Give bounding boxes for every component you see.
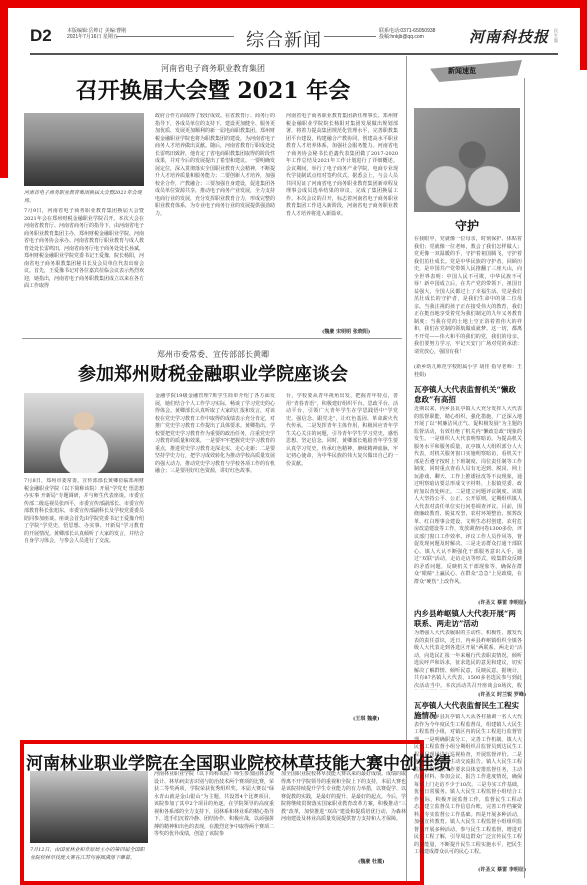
logo-subtitle: 民生版 (554, 28, 560, 43)
article1-photo (24, 113, 144, 186)
story4-body: 近日，内乡县瓦亭镇人大从各村抽调一名人大代表作为今年度民生工程监督员，组建镇人大… (414, 714, 522, 864)
red-frame-left (0, 0, 8, 178)
article2-col1: 7月8日，郑州市委常委、宣传部部长黄卿莅临郑州财税金融职业学院（以下简称该院）开… (24, 478, 144, 733)
article2-col3: 台，学校要从青年视角出发，把握青年特点，善用“青春青语”，积极建好组织平台、思政… (286, 393, 398, 713)
article1-kicker: 河南省电子商务职业教育集团 (88, 63, 338, 74)
sidebar-cartoon (414, 108, 520, 212)
date-line: 2021年7月16日 星期五 (67, 34, 126, 40)
story3-title: 内乡县岞岖镇人大代表开展“两联系、两走访”活动 (414, 609, 522, 629)
article1-divider (22, 338, 402, 339)
red-frame-right (579, 0, 587, 70)
contact-email: 投稿:hnkjb@qq.com (379, 34, 435, 40)
article1-byline: (魏豪 宋明明 张晓阳) (322, 328, 370, 335)
article3-col1: 河南林业职业学院（以下简称该院）师生参加园林景观设计、林草病虫害识别与防治技术两… (154, 771, 274, 871)
article1-col3: 河南省电子商务职业教育集团新任理事长、郑州财税金融职业学院院长杨阳对集团发展做出… (286, 113, 398, 313)
newspaper-page: D2 本版编辑:岳帅订 美编:曹刚 2021年7月16日 星期五 综合新闻 联系… (8, 8, 580, 885)
masthead-rule-left (116, 36, 234, 37)
news-brief-banner (430, 60, 522, 82)
article1-caption: 河南省电子商务职业教育集团换届大会暨2021年会现场。 (24, 189, 144, 205)
article2-headline: 参加郑州财税金融职业学院座谈会 (38, 360, 388, 386)
story1-title: 守护 (414, 221, 520, 231)
article3-photo (30, 771, 148, 843)
story3-body: 为增强人大代表履职的主动性、积极性，激发代表的责任意识，近日，内乡县岞岖镇组织全… (414, 630, 522, 690)
masthead-divider (30, 53, 558, 55)
newspaper-logo: 河南科技报 (469, 26, 549, 47)
story2-body: 近期以来，内乡县瓦亭镇人大充分发挥人大代表的监督职能，精心组织，强化措施，广泛深… (414, 406, 522, 598)
story1-byline: (新乡幼儿师范学校附属小学 胡佳 指导老师：王桂娟) (414, 364, 522, 378)
article2-kicker: 郑州市委常委、宣传部部长黄卿 (88, 349, 338, 360)
article3-byline: (魏豪 牡霞) (358, 858, 384, 865)
story4-byline: (许圣义 蔡雷 李明征) (478, 866, 526, 873)
article2-photo (24, 393, 144, 473)
story2-byline: (许圣义 蔡雷 李明征) (478, 599, 526, 606)
story1-body: 在我眼中，党就像一位母亲，时刻保护、体贴着我们；党就像一位老师，教会了我们怎样做… (414, 236, 522, 364)
masthead-rule-right (324, 36, 376, 37)
article1-col1: 7月9日，河南省电子商务职业教育集团换届大会暨2021年会在郑州财税金融职业学院… (24, 208, 144, 326)
red-frame-top (0, 0, 587, 8)
story3-byline: (许圣义 时兰锐 罗峰) (478, 691, 526, 698)
contact-info: 联系电话:0371-65050938 投稿:hnkjb@qq.com (379, 28, 435, 40)
section-title: 综合新闻 (246, 26, 322, 52)
article1-headline: 召开换届大会暨 2021 年会 (38, 74, 388, 105)
article3-col2: 加全国职业院校林草技能大赛以来的最好成绩。成绩的取得离不开学院领导的重视和全院上… (281, 771, 406, 856)
masthead: D2 本版编辑:岳帅订 美编:曹刚 2021年7月16日 星期五 综合新闻 联系… (24, 20, 580, 52)
right-margin-rule (524, 78, 525, 878)
page-number: D2 (30, 26, 52, 46)
article2-byline: (王琪 魏豪) (353, 715, 379, 722)
article3-caption: 7月12日，由国家林业和草原局主办的第四届全国职业院校林草技能大赛在江苏句容圆满… (30, 846, 148, 862)
article1-col2: 政府合作方面取得了较好成效。在省教育厅、商务厅的指导下，各成员单位的支持下，建设… (155, 113, 275, 328)
editor-info: 本版编辑:岳帅订 美编:曹刚 2021年7月16日 星期五 (67, 28, 126, 40)
article2-col2: 金融学院19级金融管理7班学生简单介绍了各方面发展，她们结合个人工作学习实际，畅… (155, 393, 275, 733)
story2-title: 瓦亭镇人大代表监督机关“懒政怠政”有高招 (414, 385, 522, 405)
news-brief-label: 新闻速览 (448, 66, 476, 76)
